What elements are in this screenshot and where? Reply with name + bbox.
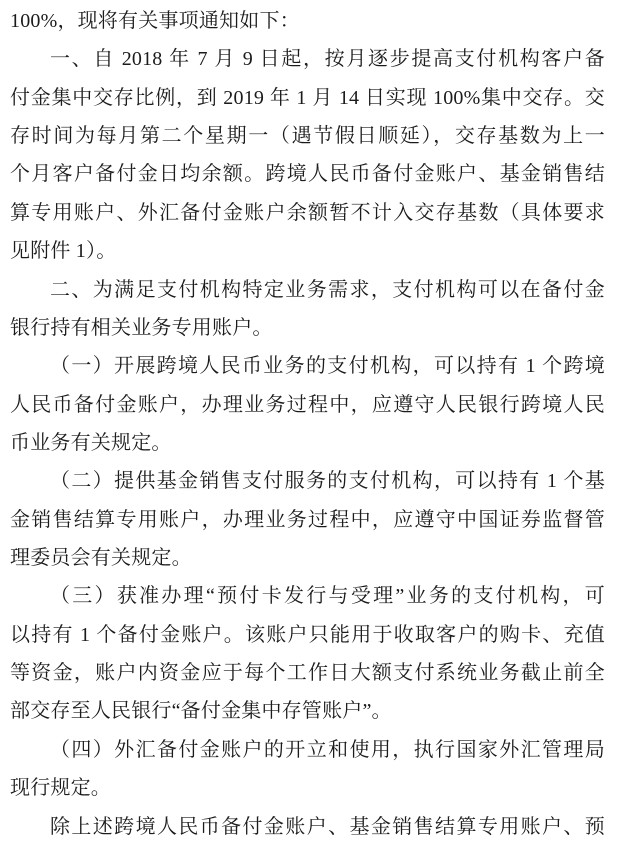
text-line: 币业务有关规定。: [10, 424, 605, 462]
text-line: 部交存至人民银行“备付金集中存管账户”。: [10, 692, 605, 730]
text-line: （四）外汇备付金账户的开立和使用，执行国家外汇管理局: [10, 731, 605, 769]
text-line: 付金集中交存比例，到 2019 年 1 月 14 日实现 100%集中交存。交: [10, 79, 605, 117]
text-line: （二）提供基金销售支付服务的支付机构，可以持有 1 个基: [10, 462, 605, 500]
text-line: 理委员会有关规定。: [10, 539, 605, 577]
text-line: 银行持有相关业务专用账户。: [10, 309, 605, 347]
text-line: 见附件 1）。: [10, 232, 605, 270]
text-line: 算专用账户、外汇备付金账户余额暂不计入交存基数（具体要求: [10, 194, 605, 232]
text-line: 个月客户备付金日均余额。跨境人民币备付金账户、基金销售结: [10, 155, 605, 193]
text-line: 存时间为每月第二个星期一（遇节假日顺延），交存基数为上一: [10, 117, 605, 155]
document-page: 100%，现将有关事项通知如下：一、自 2018 年 7 月 9 日起，按月逐步…: [0, 0, 621, 844]
text-line: 100%，现将有关事项通知如下：: [10, 2, 605, 40]
text-line: 金销售结算专用账户，办理业务过程中，应遵守中国证券监督管: [10, 501, 605, 539]
text-line: 二、为满足支付机构特定业务需求，支付机构可以在备付金: [10, 271, 605, 309]
text-line: 人民币备付金账户，办理业务过程中，应遵守人民银行跨境人民: [10, 386, 605, 424]
text-line: （一）开展跨境人民币业务的支付机构，可以持有 1 个跨境: [10, 347, 605, 385]
text-line: 以持有 1 个备付金账户。该账户只能用于收取客户的购卡、充值: [10, 616, 605, 654]
text-line: 现行规定。: [10, 769, 605, 807]
text-line: 一、自 2018 年 7 月 9 日起，按月逐步提高支付机构客户备: [10, 40, 605, 78]
document-text: 100%，现将有关事项通知如下：一、自 2018 年 7 月 9 日起，按月逐步…: [10, 2, 605, 844]
text-line: 等资金，账户内资金应于每个工作日大额支付系统业务截止前全: [10, 654, 605, 692]
text-line: 除上述跨境人民币备付金账户、基金销售结算专用账户、预: [10, 808, 605, 844]
text-line: （三）获准办理“预付卡发行与受理”业务的支付机构，可: [10, 577, 605, 615]
